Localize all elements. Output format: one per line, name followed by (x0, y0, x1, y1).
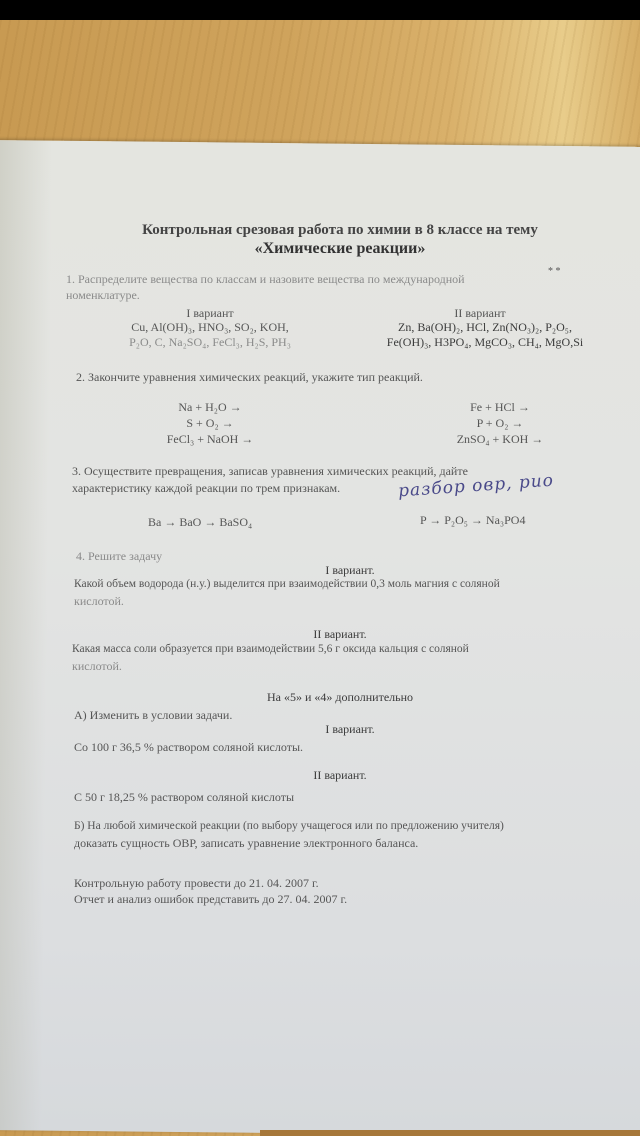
extra-variant2-label: II вариант. (240, 768, 440, 783)
task3-chain-right: P → P₂O₅ → Na₃PO4 (420, 513, 525, 528)
task3-text-line2: характеристику каждой реакции по трем пр… (72, 481, 340, 496)
extra-b-line1: Б) На любой химической реакции (по выбор… (74, 820, 504, 832)
task1-variant1-line1: Cu, Al(OH)₃, HNO₃, SO₂, KOH, (100, 320, 320, 335)
task2-right-eq3: ZnSO₄ + KOH → (420, 432, 580, 447)
document-content: Контрольная срезовая работа по химии в 8… (0, 0, 640, 1136)
extra-variant1-text: Со 100 г 36,5 % раствором соляной кислот… (74, 740, 303, 755)
extra-variant2-text: С 50 г 18,25 % раствором соляной кислоты (74, 790, 294, 805)
task3-text-line1: 3. Осуществите превращения, записав урав… (72, 464, 468, 479)
task1-line1: 1. Распределите вещества по классам и на… (66, 272, 465, 286)
extra-heading: На «5» и «4» дополнительно (240, 690, 440, 705)
document-subtitle: «Химические реакции» (70, 240, 610, 258)
task2-left-eq2: S + O₂ → (140, 416, 280, 431)
task4-variant2-line1: Какая масса соли образуется при взаимоде… (72, 643, 469, 655)
task4-variant1-label: I вариант. (250, 563, 450, 578)
task4-variant2-label: II вариант. (240, 627, 440, 642)
task1-variant1-label: I вариант (110, 306, 310, 321)
task2-left-eq1: Na + H₂O → (140, 400, 280, 415)
task3-chain-left: Ba → BaO → BaSO₄ (148, 515, 252, 530)
task2-right-eq2: P + O₂ → (420, 416, 580, 431)
document-title: Контрольная срезовая работа по химии в 8… (70, 222, 610, 239)
task2-right-eq1: Fe + HCl → (420, 400, 580, 415)
task1-variant2-line1: Zn, Ba(OH)₂, HCl, Zn(NO₃)₂, P₂O₅, (360, 320, 610, 335)
extra-b-line2: доказать сущность ОВР, записать уравнени… (74, 836, 418, 851)
extra-variant1-label: I вариант. (250, 722, 450, 737)
footer-deadline: Контрольную работу провести до 21. 04. 2… (74, 876, 319, 891)
task1-variant1-line2: P₂O, C, Na₂SO₄, FeCl₃, H₂S, PH₃ (100, 335, 320, 350)
task1-text: 1. Распределите вещества по классам и на… (66, 272, 465, 287)
task1-variant2-line2: Fe(OH)₃, H3PO₄, MgCO₃, CH₄, MgO,Si (355, 335, 615, 350)
margin-marks: * * (548, 266, 561, 277)
task4-variant1-line1: Какой объем водорода (н.у.) выделится пр… (74, 578, 500, 590)
task2-left-eq3: FeCl₃ + NaOH → (140, 432, 280, 447)
extra-a-text: А) Изменить в условии задачи. (74, 708, 232, 723)
task2-text: 2. Закончите уравнения химических реакци… (76, 370, 423, 385)
task4-text: 4. Решите задачу (76, 549, 162, 564)
task4-variant1-line2: кислотой. (74, 594, 124, 609)
task1-text-line2: номенклатуре. (66, 288, 140, 303)
task4-variant2-line2: кислотой. (72, 659, 122, 674)
footer-report-deadline: Отчет и анализ ошибок представить до 27.… (74, 892, 347, 907)
task1-variant2-label: II вариант (380, 306, 580, 321)
